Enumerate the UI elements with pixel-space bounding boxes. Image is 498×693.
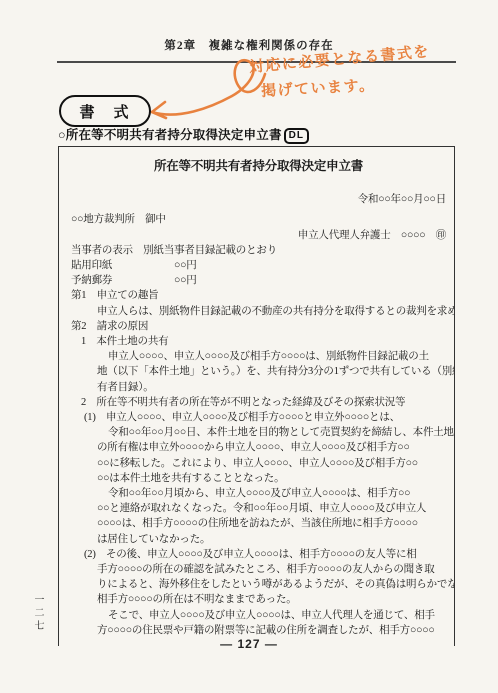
- form-label-badge: 書 式: [59, 95, 151, 127]
- doc-line: (1) 申立人○○○○、申立人○○○○及び相手方○○○○と申立外○○○○とは、: [71, 410, 446, 425]
- side-page-number: 一二七: [30, 594, 45, 633]
- doc-line: 貼用印紙 ○○円: [71, 258, 446, 273]
- doc-line: (2) その後、申立人○○○○及び申立人○○○○は、相手方○○○○の友人等に相: [71, 547, 446, 562]
- doc-line: 相手方○○○○の所在は不明なままであった。: [71, 592, 446, 607]
- curved-loop-arrow-icon: [138, 52, 272, 124]
- doc-line: の所有権は申立外○○○○から申立人○○○○、申立人○○○○及び相手方○○: [71, 440, 446, 455]
- petition-document-lines: 所在等不明共有者持分取得決定申立書令和○○年○○月○○日○○地方裁判所 御中申立…: [71, 159, 446, 638]
- doc-line: 令和○○年○○月○○日、本件土地を目的物として売買契約を締結し、本件土地: [71, 425, 446, 440]
- doc-line: 方○○○○の住民票や戸籍の附票等に記載の住所を調査したが、相手方○○○○: [71, 623, 446, 638]
- doc-line: そこで、申立人○○○○及び申立人○○○○は、申立人代理人を通じて、相手: [71, 608, 446, 623]
- doc-line: 第2 請求の原因: [71, 319, 446, 334]
- doc-line: 手方○○○○の所在の確認を試みたところ、相手方○○○○の友人からの聞き取: [71, 562, 446, 577]
- doc-line: ○○に移転した。これにより、申立人○○○○、申立人○○○○及び相手方○○: [71, 456, 446, 471]
- form-title-line: ○所在等不明共有者持分取得決定申立書DL: [58, 125, 309, 144]
- handwritten-line-2: 掲げています。: [261, 71, 433, 101]
- doc-line: ○○地方裁判所 御中: [71, 212, 446, 227]
- doc-line: ○○は本件土地を共有することとなった。: [71, 471, 446, 486]
- doc-line: 申立人らは、別紙物件目録記載の不動産の共有持分を取得するとの裁判を求める。: [71, 304, 446, 319]
- doc-line: 申立人○○○○、申立人○○○○及び相手方○○○○は、別紙物件目録記載の土: [71, 349, 446, 364]
- doc-line: 有者目録）。: [71, 380, 446, 395]
- doc-line: 第1 申立ての趣旨: [71, 288, 446, 303]
- form-title-text: ○所在等不明共有者持分取得決定申立書: [58, 128, 282, 142]
- petition-document-box: 所在等不明共有者持分取得決定申立書令和○○年○○月○○日○○地方裁判所 御中申立…: [58, 146, 455, 646]
- doc-line: 申立人代理人弁護士 ○○○○ ㊞: [71, 228, 446, 243]
- doc-line: ○○と連絡が取れなくなった。令和○○年○○月頃、申立人○○○○及び申立人: [71, 501, 446, 516]
- doc-line: 令和○○年○○月頃から、申立人○○○○及び申立人○○○○は、相手方○○: [71, 486, 446, 501]
- footer-page-number: — 127 —: [0, 637, 498, 651]
- form-label-badge-text: 書 式: [79, 101, 130, 122]
- doc-line: 2 所在等不明共有者の所在等が不明となった経緯及びその探索状況等: [71, 395, 446, 410]
- doc-line: 地（以下「本件土地」という。）を、共有持分3分の1ずつで共有している（別紙共: [71, 364, 446, 379]
- doc-line: 予納郵券 ○○円: [71, 273, 446, 288]
- doc-line: 令和○○年○○月○○日: [71, 192, 446, 207]
- doc-line: りによると、海外移住をしたという噂があるようだが、その真偽は明らかでなく、: [71, 577, 446, 592]
- book-page: 第2章 複雑な権利関係の存在 対応に必要となる書式を 掲げています。 書 式 ○…: [0, 0, 498, 693]
- doc-line: は居住していなかった。: [71, 532, 446, 547]
- doc-line: 所在等不明共有者持分取得決定申立書: [71, 159, 446, 174]
- download-badge: DL: [284, 128, 309, 144]
- doc-line: ○○○○は、相手方○○○○の住所地を訪ねたが、当該住所地に相手方○○○○: [71, 516, 446, 531]
- doc-line: 当事者の表示 別紙当事者目録記載のとおり: [71, 243, 446, 258]
- doc-line: 1 本件土地の共有: [71, 334, 446, 349]
